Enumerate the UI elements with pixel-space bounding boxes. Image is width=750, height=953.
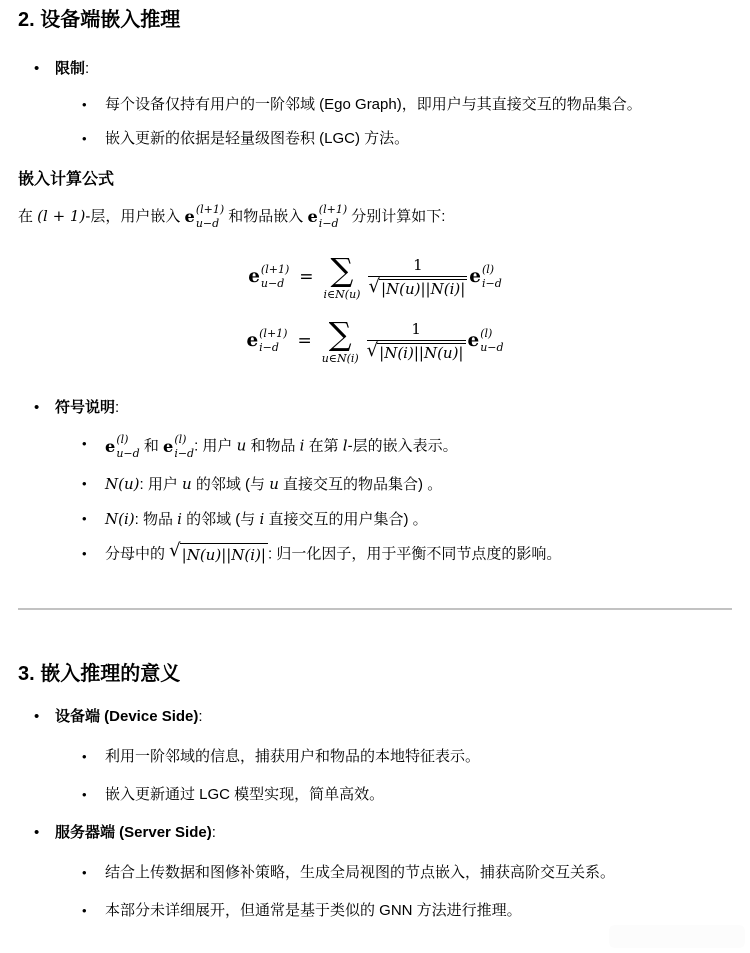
math-base-e: e [185,209,195,225]
math-base-e: e [468,332,480,350]
symbol-text: 分母中的 [105,545,169,562]
symbol-neighborhood-u: N(u): 用户 u 的邻域 (与 u 直接交互的物品集合) 。 [55,473,732,496]
restriction-label: 限制 [55,60,85,77]
faint-highlight-box [609,925,745,948]
intro-text-3: 和物品嵌入 [224,208,307,225]
intro-text-4: 分别计算如下: [347,208,445,225]
equation-item-embedding: e(l+1)i−d = ∑u∈N(i) 1√|N(i)||N(u)| e(l)u… [18,313,732,369]
symbols-sublist: e(l)u−d 和 e(l)i−d: 用户 u 和物品 i 在第 l-层的嵌入表… [55,433,732,566]
markdown-document: 2. 设备端嵌入推理 限制: 每个设备仅持有用户的一阶邻域 (Ego Graph… [0,0,750,953]
symbols-label: 符号说明 [55,399,115,416]
math-set-Nu: N(u) [105,475,140,493]
math-base-e: e [248,268,260,286]
math-set-Ni: N(i) [105,510,135,528]
symbol-text: : 归一化因子，用于平衡不同节点度的影响。 [268,545,561,562]
fraction-denominator: √|N(u)||N(i)| [368,276,467,298]
symbol-text: : 用户 [194,438,237,455]
math-superscript: (l) [480,327,492,341]
restriction-list: 限制: 每个设备仅持有用户的一阶邻域 (Ego Graph)，即用户与其直接交互… [18,58,732,150]
server-side-label: 服务器端 (Server Side) [55,824,212,841]
inline-sqrt-expression: √|N(u)||N(i)| [169,543,268,566]
math-rhs: e(l)i−d [469,263,501,291]
equals-sign: = [299,267,313,287]
sigma-symbol: ∑ [331,254,354,286]
normalization-fraction: 1√|N(i)||N(u)| [367,320,466,362]
math-subscript: i−d [174,447,194,461]
equals-sign: = [297,331,311,351]
math-subscript: u−d [116,447,139,461]
sqrt-symbol: √ [169,542,180,560]
formula-subtitle: 嵌入计算公式 [18,170,732,190]
section-3-heading: 3. 嵌入推理的意义 [18,662,732,686]
restriction-subitem-lgc: 嵌入更新的依据是轻量级图卷积 (LGC) 方法。 [55,128,732,150]
symbol-embeddings: e(l)u−d 和 e(l)i−d: 用户 u 和物品 i 在第 l-层的嵌入表… [55,433,732,461]
inline-math-user-embedding-l: e(l)u−d [105,433,140,461]
device-side-item: 设备端 (Device Side): 利用一阶邻域的信息，捕获用户和物品的本地特… [33,706,732,806]
sigma-symbol: ∑ [329,318,352,350]
intro-text-1: 在 [18,208,37,225]
server-side-colon: : [212,824,216,841]
restriction-subitem-ego-graph: 每个设备仅持有用户的一阶邻域 (Ego Graph)，即用户与其直接交互的物品集… [55,94,732,116]
math-subscript: i−d [259,341,279,355]
sqrt-symbol: √ [367,342,378,360]
server-side-item: 服务器端 (Server Side): 结合上传数据和图修补策略，生成全局视图的… [33,822,732,922]
math-superscript: (l+1) [319,203,347,217]
inline-math-item-embedding-l: e(l)i−d [163,433,194,461]
math-subscript: u−d [480,341,503,355]
device-side-sublist: 利用一阶邻域的信息，捕获用户和物品的本地特征表示。 嵌入更新通过 LGC 模型实… [55,746,732,806]
significance-list: 设备端 (Device Side): 利用一阶邻域的信息，捕获用户和物品的本地特… [18,706,732,922]
server-subitem-global-view: 结合上传数据和图修补策略，生成全局视图的节点嵌入，捕获高阶交互关系。 [55,862,732,884]
summation: ∑i∈N(u) [324,254,361,301]
symbol-text: 和物品 [246,438,299,455]
symbol-text: : 用户 [140,476,183,493]
math-superscript: (l) [116,433,128,447]
symbol-text: 直接交互的物品集合) 。 [279,476,442,493]
symbol-text: -层的嵌入表示。 [348,438,458,455]
math-subscript: u−d [261,277,284,291]
math-var-u: u [237,437,247,455]
math-base-e: e [105,439,115,455]
restriction-colon: : [85,60,89,77]
fraction-numerator: 1 [413,256,423,276]
symbol-text: : 物品 [135,511,178,528]
math-subscript: i−d [319,217,339,231]
normalization-fraction: 1√|N(u)||N(i)| [368,256,467,298]
math-base-e: e [246,332,258,350]
math-lhs: e(l+1)i−d [246,327,287,355]
sqrt-content: |N(u)||N(i)| [180,543,268,566]
device-subitem-lgc-model: 嵌入更新通过 LGC 模型实现，简单高效。 [55,784,732,806]
formula-intro: 在 (l + 1)-层，用户嵌入 e(l+1)u−d 和物品嵌入 e(l+1)i… [18,196,732,237]
math-subscript: i−d [482,277,502,291]
symbols-colon: : [115,399,119,416]
symbol-neighborhood-i: N(i): 物品 i 的邻域 (与 i 直接交互的用户集合) 。 [55,508,732,531]
math-superscript: (l+1) [196,203,224,217]
symbol-text: 的邻域 (与 [192,476,270,493]
sqrt-symbol: √ [368,278,379,296]
inline-math-user-embedding: e(l+1)u−d [185,203,225,231]
sqrt-content: |N(i)||N(u)| [377,343,465,362]
section-2-heading: 2. 设备端嵌入推理 [18,8,732,32]
restriction-item: 限制: 每个设备仅持有用户的一阶邻域 (Ego Graph)，即用户与其直接交互… [33,58,732,150]
symbols-list: 符号说明: e(l)u−d 和 e(l)i−d: 用户 u 和物品 i 在第 l… [18,397,732,566]
math-superscript: (l) [482,263,494,277]
server-side-sublist: 结合上传数据和图修补策略，生成全局视图的节点嵌入，捕获高阶交互关系。 本部分未详… [55,862,732,922]
math-var-u: u [269,475,279,493]
symbol-text: 直接交互的用户集合) 。 [264,511,427,528]
math-superscript: (l) [174,433,186,447]
inline-math-item-embedding: e(l+1)i−d [307,203,347,231]
math-var-u: u [182,475,192,493]
symbol-text: 的邻域 (与 [182,511,260,528]
section-divider [18,608,732,610]
device-side-label: 设备端 (Device Side) [55,708,198,725]
math-layer-token: (l + 1) [37,207,85,225]
server-subitem-gnn: 本部分未详细展开，但通常是基于类似的 GNN 方法进行推理。 [55,900,732,922]
math-base-e: e [307,209,317,225]
math-lhs: e(l+1)u−d [248,263,289,291]
device-side-colon: : [198,708,202,725]
math-base-e: e [469,268,481,286]
summation-index: i∈N(u) [324,288,361,301]
math-rhs: e(l)u−d [468,327,504,355]
equation-user-embedding: e(l+1)u−d = ∑i∈N(u) 1√|N(u)||N(i)| e(l)i… [18,249,732,305]
math-superscript: (l+1) [259,327,287,341]
sqrt-content: |N(u)||N(i)| [379,279,467,298]
intro-text-2: -层，用户嵌入 [85,208,184,225]
symbols-item: 符号说明: e(l)u−d 和 e(l)i−d: 用户 u 和物品 i 在第 l… [33,397,732,566]
symbol-normalization: 分母中的 √|N(u)||N(i)|: 归一化因子，用于平衡不同节点度的影响。 [55,543,732,566]
math-base-e: e [163,439,173,455]
device-subitem-local-features: 利用一阶邻域的信息，捕获用户和物品的本地特征表示。 [55,746,732,768]
math-subscript: u−d [196,217,219,231]
summation-index: u∈N(i) [322,352,359,365]
math-superscript: (l+1) [261,263,289,277]
summation: ∑u∈N(i) [322,318,359,365]
fraction-denominator: √|N(i)||N(u)| [367,340,466,362]
restriction-sublist: 每个设备仅持有用户的一阶邻域 (Ego Graph)，即用户与其直接交互的物品集… [55,94,732,150]
fraction-numerator: 1 [411,320,421,340]
symbol-text: 在第 [304,438,342,455]
symbol-text: 和 [140,438,163,455]
